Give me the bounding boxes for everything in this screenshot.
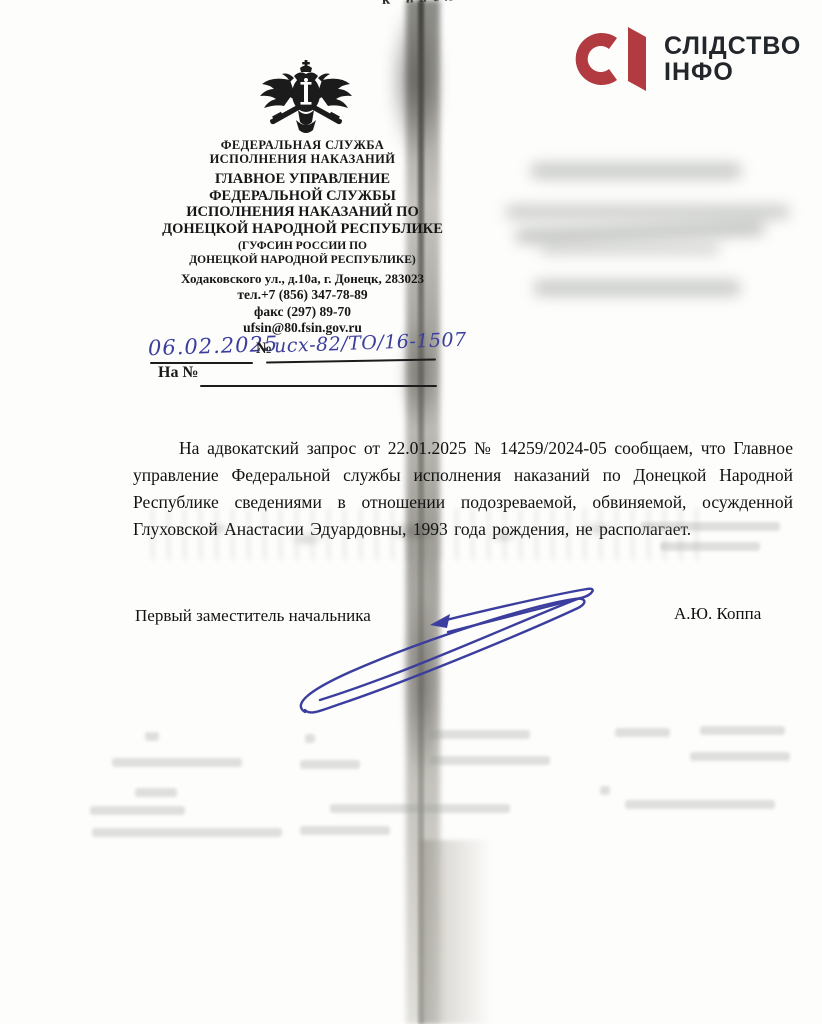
abbrev-line: (ГУФСИН РОССИИ ПО [150, 240, 455, 254]
number-sign: № [256, 340, 272, 358]
slidstvo-info-logo-icon [568, 24, 654, 94]
phone-line: тел.+7 (856) 347-78-89 [150, 287, 455, 304]
fold-crease-top-blob [388, 0, 444, 160]
department-line: ИСПОЛНЕНИЯ НАКАЗАНИЙ ПО [150, 204, 455, 221]
department-line: ФЕДЕРАЛЬНОЙ СЛУЖБЫ [150, 188, 455, 205]
reply-to-label: На № [158, 364, 199, 382]
redacted-line [505, 205, 790, 219]
abbrev-line: ДОНЕЦКОЙ НАРОДНОЙ РЕСПУБЛИКЕ) [150, 254, 455, 268]
redacted-line [540, 243, 720, 255]
signer-name: А.Ю. Коппа [674, 604, 761, 624]
watermark-line2: ІНФО [664, 59, 801, 85]
watermark-logo: СЛІДСТВО ІНФО [568, 20, 794, 98]
agency-name-line: ИСПОЛНЕНИЯ НАКАЗАНИЙ [150, 152, 455, 166]
watermark-logo-text: СЛІДСТВО ІНФО [664, 33, 801, 85]
redacted-line [533, 280, 741, 296]
redacted-line [530, 163, 742, 179]
fold-crease-bottom-shadow [420, 840, 492, 1024]
agency-name-line: ФЕДЕРАЛЬНАЯ СЛУЖБА [150, 138, 455, 152]
reply-underline [200, 385, 437, 387]
handwritten-signature [280, 578, 610, 726]
toner-smudge-band [150, 508, 710, 560]
top-edge-text-fragment: к иасл [382, 0, 459, 9]
department-line: ДОНЕЦКОЙ НАРОДНОЙ РЕСПУБЛИКЕ [150, 221, 455, 238]
fax-line: факс (297) 89-70 [150, 304, 455, 321]
watermark-line1: СЛІДСТВО [664, 33, 801, 59]
scanned-letter-page: { "watermark": { "mark": "СІ", "line1": … [0, 0, 822, 1024]
number-underline [266, 359, 436, 364]
department-line: ГЛАВНОЕ УПРАВЛЕНИЕ [150, 171, 455, 188]
letterhead: ФЕДЕРАЛЬНАЯ СЛУЖБА ИСПОЛНЕНИЯ НАКАЗАНИЙ … [150, 138, 455, 337]
address-line: Ходаковского ул., д.10а, г. Донецк, 2830… [150, 271, 455, 287]
redacted-line [515, 220, 765, 245]
fsin-eagle-emblem-icon [250, 58, 362, 142]
